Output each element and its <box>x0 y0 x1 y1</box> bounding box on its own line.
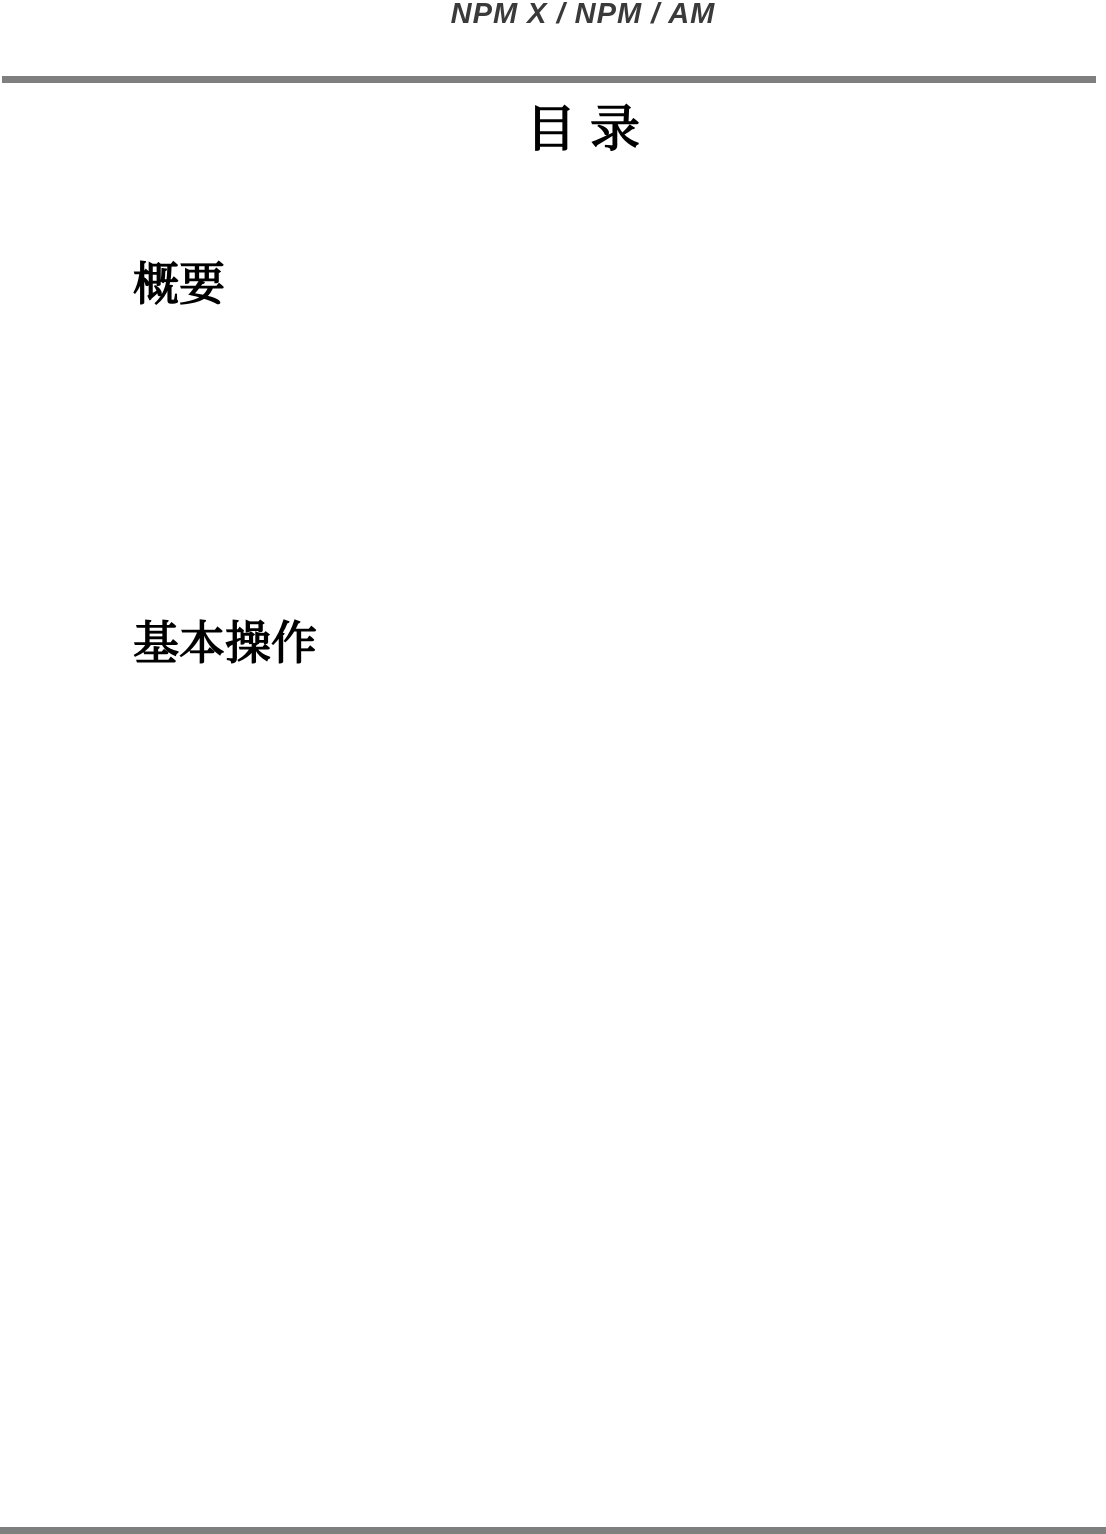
page-header: NPM X / NPM / AM <box>0 0 1106 29</box>
page-title: 目 录 <box>526 104 640 154</box>
footer-divider-rule <box>0 1527 1106 1534</box>
section-heading-overview: 概要 <box>133 261 225 307</box>
header-divider-rule <box>2 76 1096 83</box>
section-heading-basic-operations: 基本操作 <box>133 620 317 666</box>
manual-toc-page: NPM X / NPM / AM 目 录 概要 基本操作 <box>0 0 1106 1534</box>
model-name-header: NPM X / NPM / AM <box>451 0 716 29</box>
page-title-container: 目 录 <box>0 104 1106 154</box>
